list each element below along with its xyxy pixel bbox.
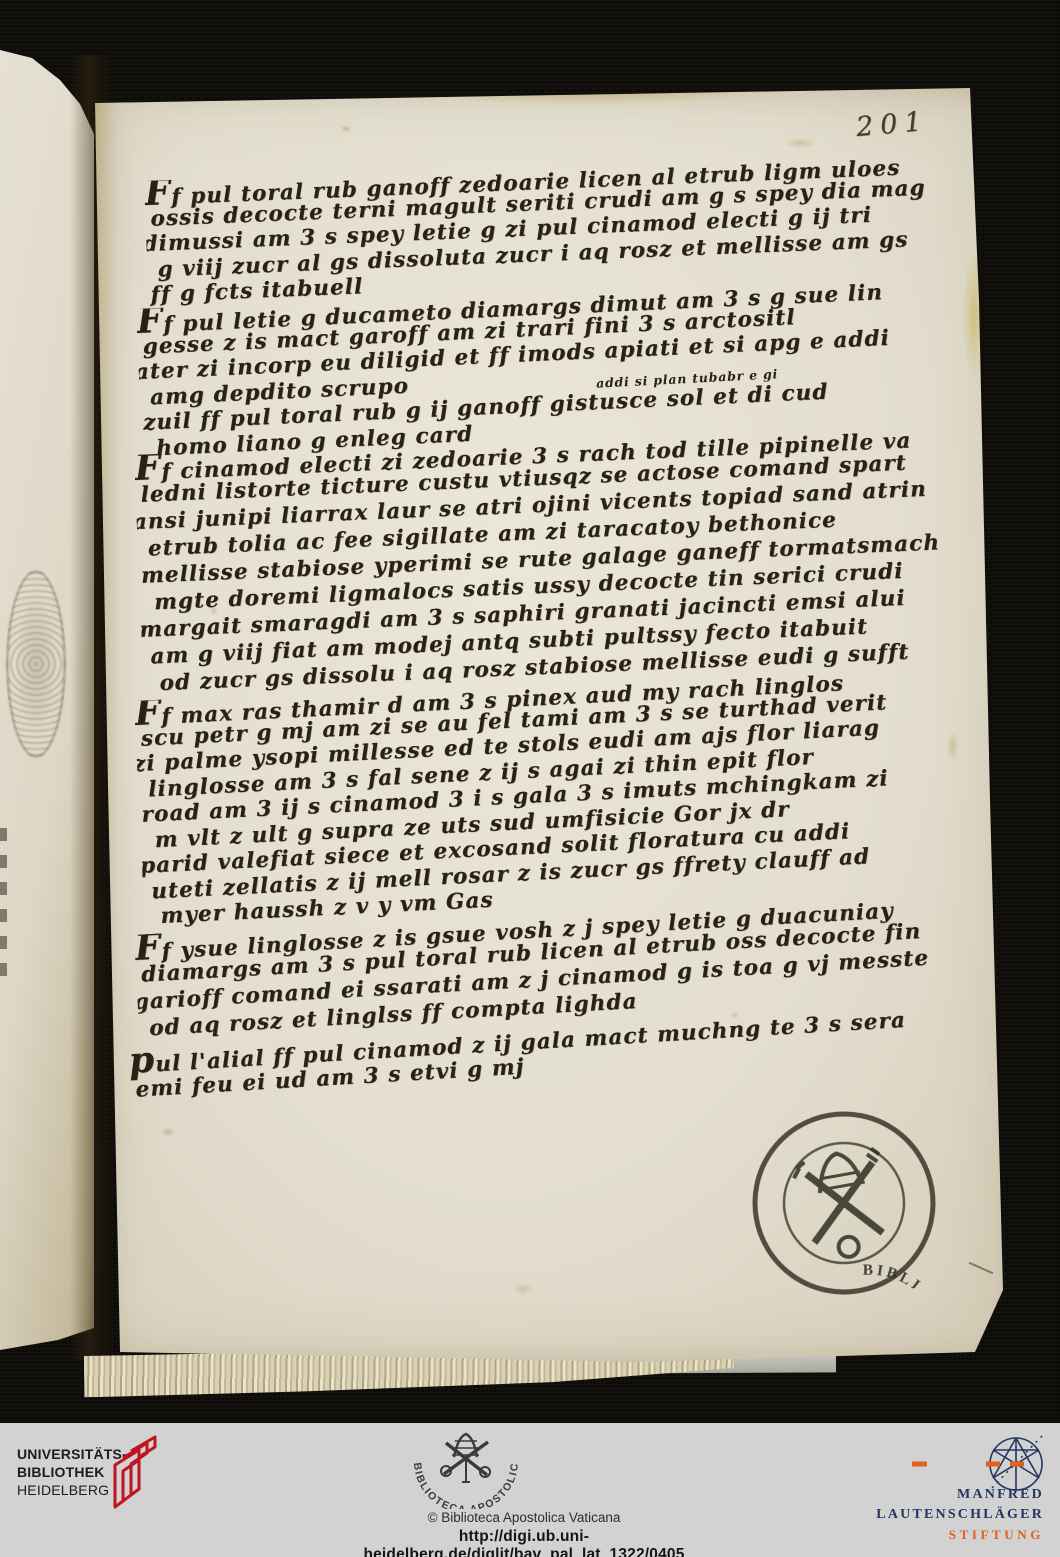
- mls-line-3: STIFTUNG: [876, 1525, 1044, 1545]
- mls-logo-text: MANFRED LAUTENSCHLÄGER STIFTUNG: [876, 1485, 1044, 1545]
- book-scan-stage: 201 Ff pul toral rub ganoff zedoarie lic…: [0, 0, 1060, 1423]
- manuscript-paragraph: Ff cinamod electi zi zedoarie 3 s rach t…: [134, 419, 1003, 698]
- mls-line-2: LAUTENSCHLÄGER: [876, 1505, 1044, 1525]
- svg-text:BIBLIOTECA APOSTOLICA VATICANA: BIBLIOTECA APOSTOLICA VATICANA: [396, 1427, 521, 1509]
- mls-logo-block: MANFRED LAUTENSCHLÄGER STIFTUNG: [800, 1423, 1060, 1557]
- manuscript-paragraph: Ff max ras thamir d am 3 s pinex aud my …: [134, 659, 1004, 930]
- facing-page-ink-marks: [0, 828, 7, 988]
- faded-stamp-show-through: [6, 570, 66, 758]
- bav-arc-text: BIBLIOTECA APOSTOLICA VATICANA: [396, 1427, 521, 1509]
- bav-emblem-icon: BIBLIOTECA APOSTOLICA VATICANA: [396, 1427, 536, 1509]
- page-edge-crack: [969, 1262, 994, 1274]
- manuscript-page: 201 Ff pul toral rub ganoff zedoarie lic…: [88, 85, 1008, 1365]
- footer-bar: UNIVERSITÄTS- BIBLIOTHEK HEIDELBERG: [0, 1423, 1060, 1557]
- crossed-keys-tiara-icon: [791, 1146, 896, 1264]
- library-ink-stamp: BIBLIOTECA APOSTOLICA VATICANA: [733, 1092, 955, 1314]
- copyright-line: © Biblioteca Apostolica Vaticana: [324, 1510, 724, 1525]
- folio-number: 201: [855, 106, 930, 143]
- source-url: http://digi.ub.uni-heidelberg.de/diglit/…: [324, 1528, 724, 1557]
- mls-line-1: MANFRED: [876, 1485, 1044, 1505]
- bav-keys-tiara-icon: [441, 1434, 490, 1482]
- ub-heidelberg-logo: UNIVERSITÄTS- BIBLIOTHEK HEIDELBERG: [17, 1445, 127, 1499]
- bav-logo-block: BIBLIOTECA APOSTOLICA VATICANA © Bibliot…: [324, 1427, 724, 1557]
- open-book-icon: [103, 1435, 167, 1515]
